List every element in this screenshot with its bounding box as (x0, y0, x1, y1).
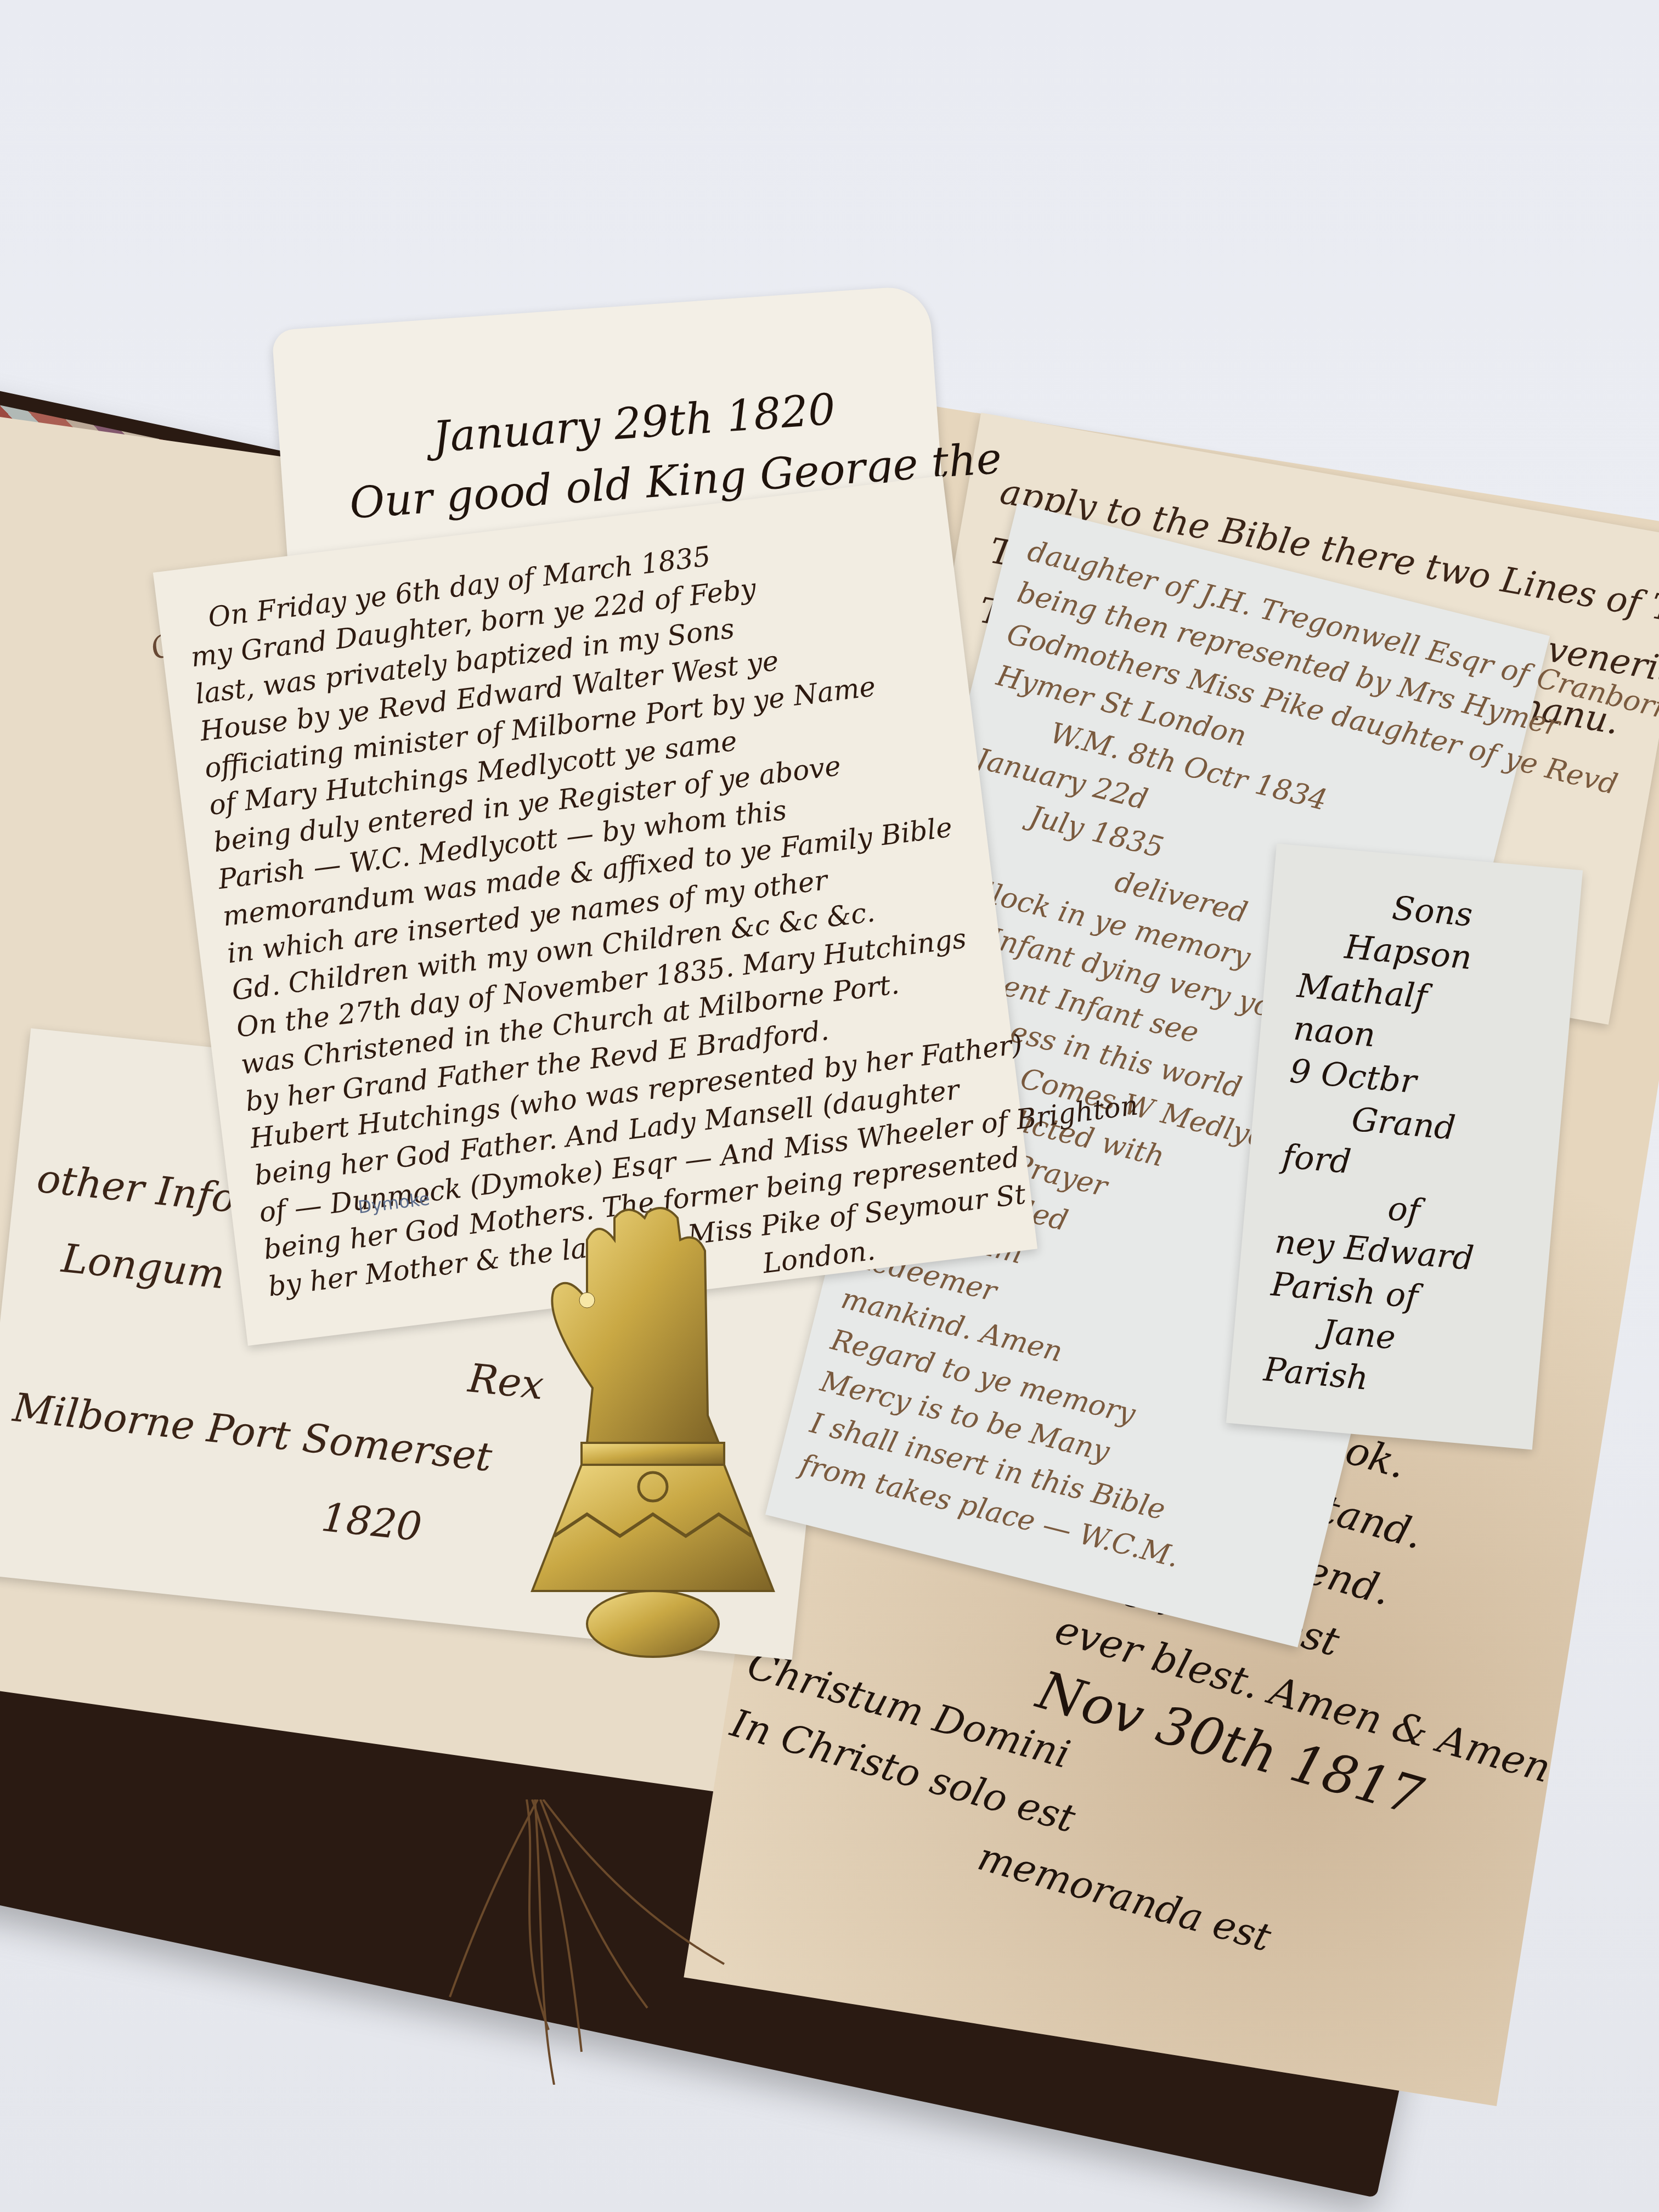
narrow-name-slip: Sons Hapson Mathalf naon 9 Octbr Grand f… (1226, 844, 1583, 1450)
bl-line: Milborne Port Somerset (9, 1369, 540, 1500)
brass-hand-clip-icon (510, 1207, 795, 1701)
bookmark-tassel-icon (417, 1799, 801, 2085)
slip-line: of (1386, 1187, 1480, 1238)
